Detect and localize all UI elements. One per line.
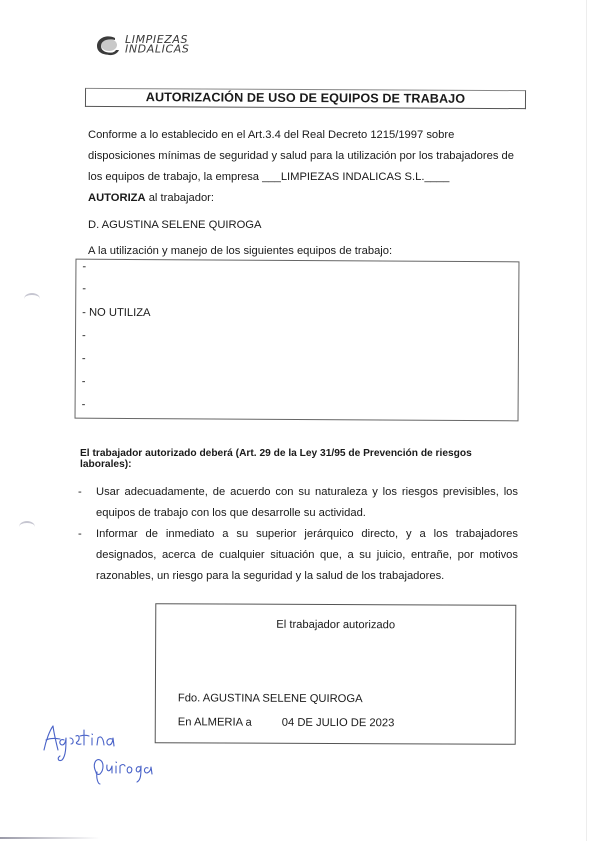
document-title: AUTORIZACIÓN DE USO DE EQUIPOS DE TRABAJ…: [86, 90, 525, 106]
signature-place: En ALMERIA a: [178, 716, 252, 728]
document-title-box: AUTORIZACIÓN DE USO DE EQUIPOS DE TRABAJ…: [85, 88, 526, 109]
equipment-item: -: [82, 261, 86, 273]
equipment-item: -: [82, 376, 86, 388]
obligation-text: Usar adecuadamente, de acuerdo con su na…: [96, 482, 518, 524]
limpiezas-indalicas-swoosh-icon: [95, 35, 121, 57]
authorization-line: AUTORIZA al trabajador:: [88, 188, 520, 209]
obligation-item: - Usar adecuadamente, de acuerdo con su …: [78, 482, 518, 524]
equipment-item: -: [82, 399, 86, 411]
authorization-verb: AUTORIZA: [88, 192, 146, 204]
obligations-heading: El trabajador autorizado deberá (Art. 29…: [80, 448, 520, 470]
worker-name: D. AGUSTINA SELENE QUIROGA: [88, 215, 520, 236]
equipment-item: -: [82, 353, 86, 365]
equipment-item: -: [82, 283, 86, 295]
company-blank-prefix: ___: [262, 171, 281, 183]
logo-wordmark: LIMPIEZAS INDALICAS: [125, 36, 189, 55]
authorization-rest: al trabajador:: [146, 192, 214, 204]
company-logo: LIMPIEZAS INDALICAS: [95, 32, 215, 62]
company-blank-suffix: ____: [424, 171, 449, 183]
obligation-item: - Informar de inmediato a su superior je…: [78, 524, 518, 587]
scan-edge-artifact: [0, 837, 100, 839]
obligation-text: Informar de inmediato a su superior jerá…: [96, 524, 518, 587]
company-name: LIMPIEZAS INDALICAS S.L.: [281, 171, 425, 183]
signature-date: 04 DE JULIO DE 2023: [282, 717, 395, 729]
punch-hole-mark: [19, 521, 35, 533]
equipment-item: - NO UTILIZA: [82, 307, 150, 319]
scan-right-edge: [586, 0, 587, 841]
punch-hole-mark: [24, 293, 40, 305]
bullet-dash: -: [78, 524, 92, 545]
handwritten-signature: [40, 720, 180, 790]
equipment-item: -: [82, 330, 86, 342]
bullet-dash: -: [78, 482, 92, 503]
signature-box: El trabajador autorizado Fdo. AGUSTINA S…: [155, 603, 517, 745]
equipment-list-box: - - - NO UTILIZA - - - -: [75, 259, 520, 422]
signature-label: El trabajador autorizado: [156, 618, 515, 632]
logo-line-2: INDALICAS: [125, 45, 189, 55]
signed-by: Fdo. AGUSTINA SELENE QUIROGA: [178, 692, 363, 705]
intro-paragraph: Conforme a lo establecido en el Art.3.4 …: [88, 125, 520, 188]
